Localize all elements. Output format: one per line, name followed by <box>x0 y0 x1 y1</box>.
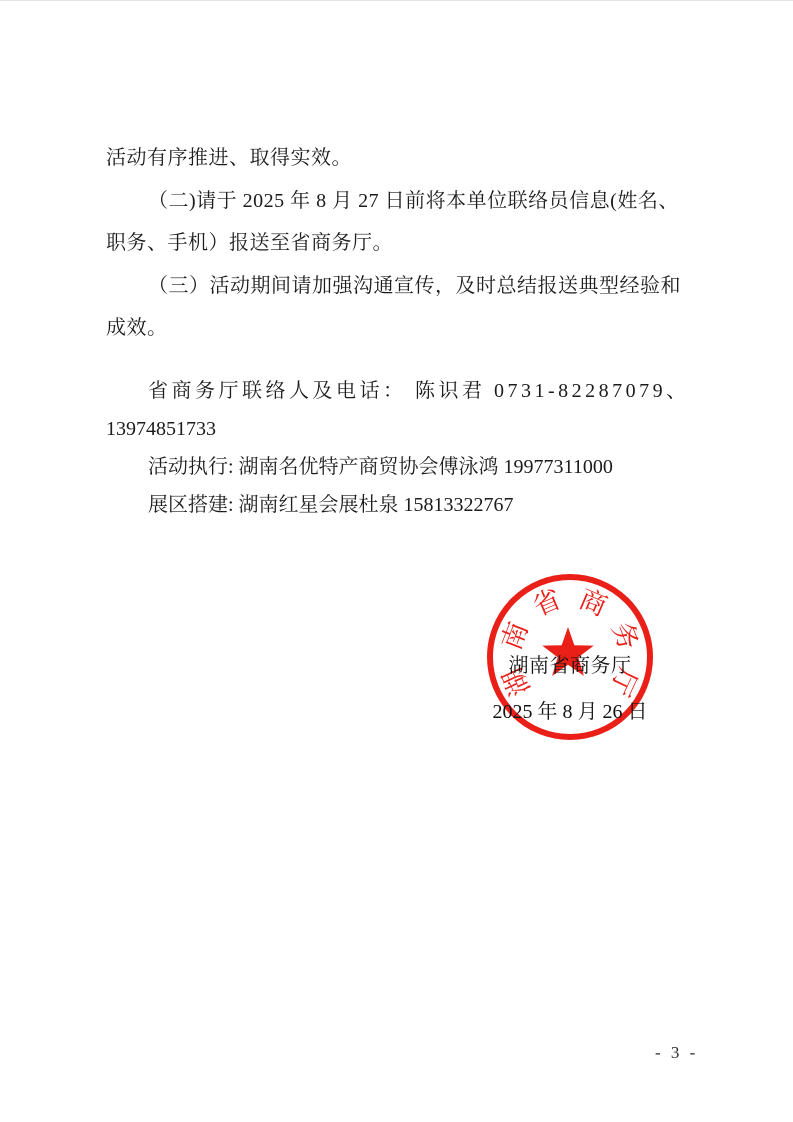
body-line: （三）活动期间请加强沟通宣传，及时总结报送典型经验和 <box>106 265 706 308</box>
contact-line: 活动执行: 湖南名优特产商贸协会傅泳鸿 19977311000 <box>106 448 706 486</box>
page-number: - 3 - <box>655 1043 698 1063</box>
document-page: 活动有序推进、取得实效。 （二)请于 2025 年 8 月 27 日前将本单位联… <box>0 1 793 1122</box>
body-line: （二)请于 2025 年 8 月 27 日前将本单位联络员信息(姓名、 <box>106 180 706 223</box>
body-paragraphs: 活动有序推进、取得实效。 （二)请于 2025 年 8 月 27 日前将本单位联… <box>106 137 706 350</box>
body-line: 职务、手机）报送至省商务厅。 <box>106 222 706 265</box>
body-line: 活动有序推进、取得实效。 <box>106 137 706 180</box>
signature-date: 2025 年 8 月 26 日 <box>455 695 685 724</box>
contact-line: 展区搭建: 湖南红星会展杜泉 15813322767 <box>106 486 706 524</box>
seal-arc-char: 商 <box>575 584 612 622</box>
seal-arc-char: 省 <box>529 584 566 622</box>
signature-block: 湖南省商务厅 2025 年 8 月 26 日 <box>455 649 685 724</box>
contact-line: 13974851733 <box>106 410 706 448</box>
signature-org: 湖南省商务厅 <box>455 649 685 678</box>
contact-block: 省商务厅联络人及电话： 陈识君 0731-82287079、 139748517… <box>106 372 706 524</box>
contact-line: 省商务厅联络人及电话： 陈识君 0731-82287079、 <box>106 372 706 410</box>
body-line: 成效。 <box>106 307 706 350</box>
